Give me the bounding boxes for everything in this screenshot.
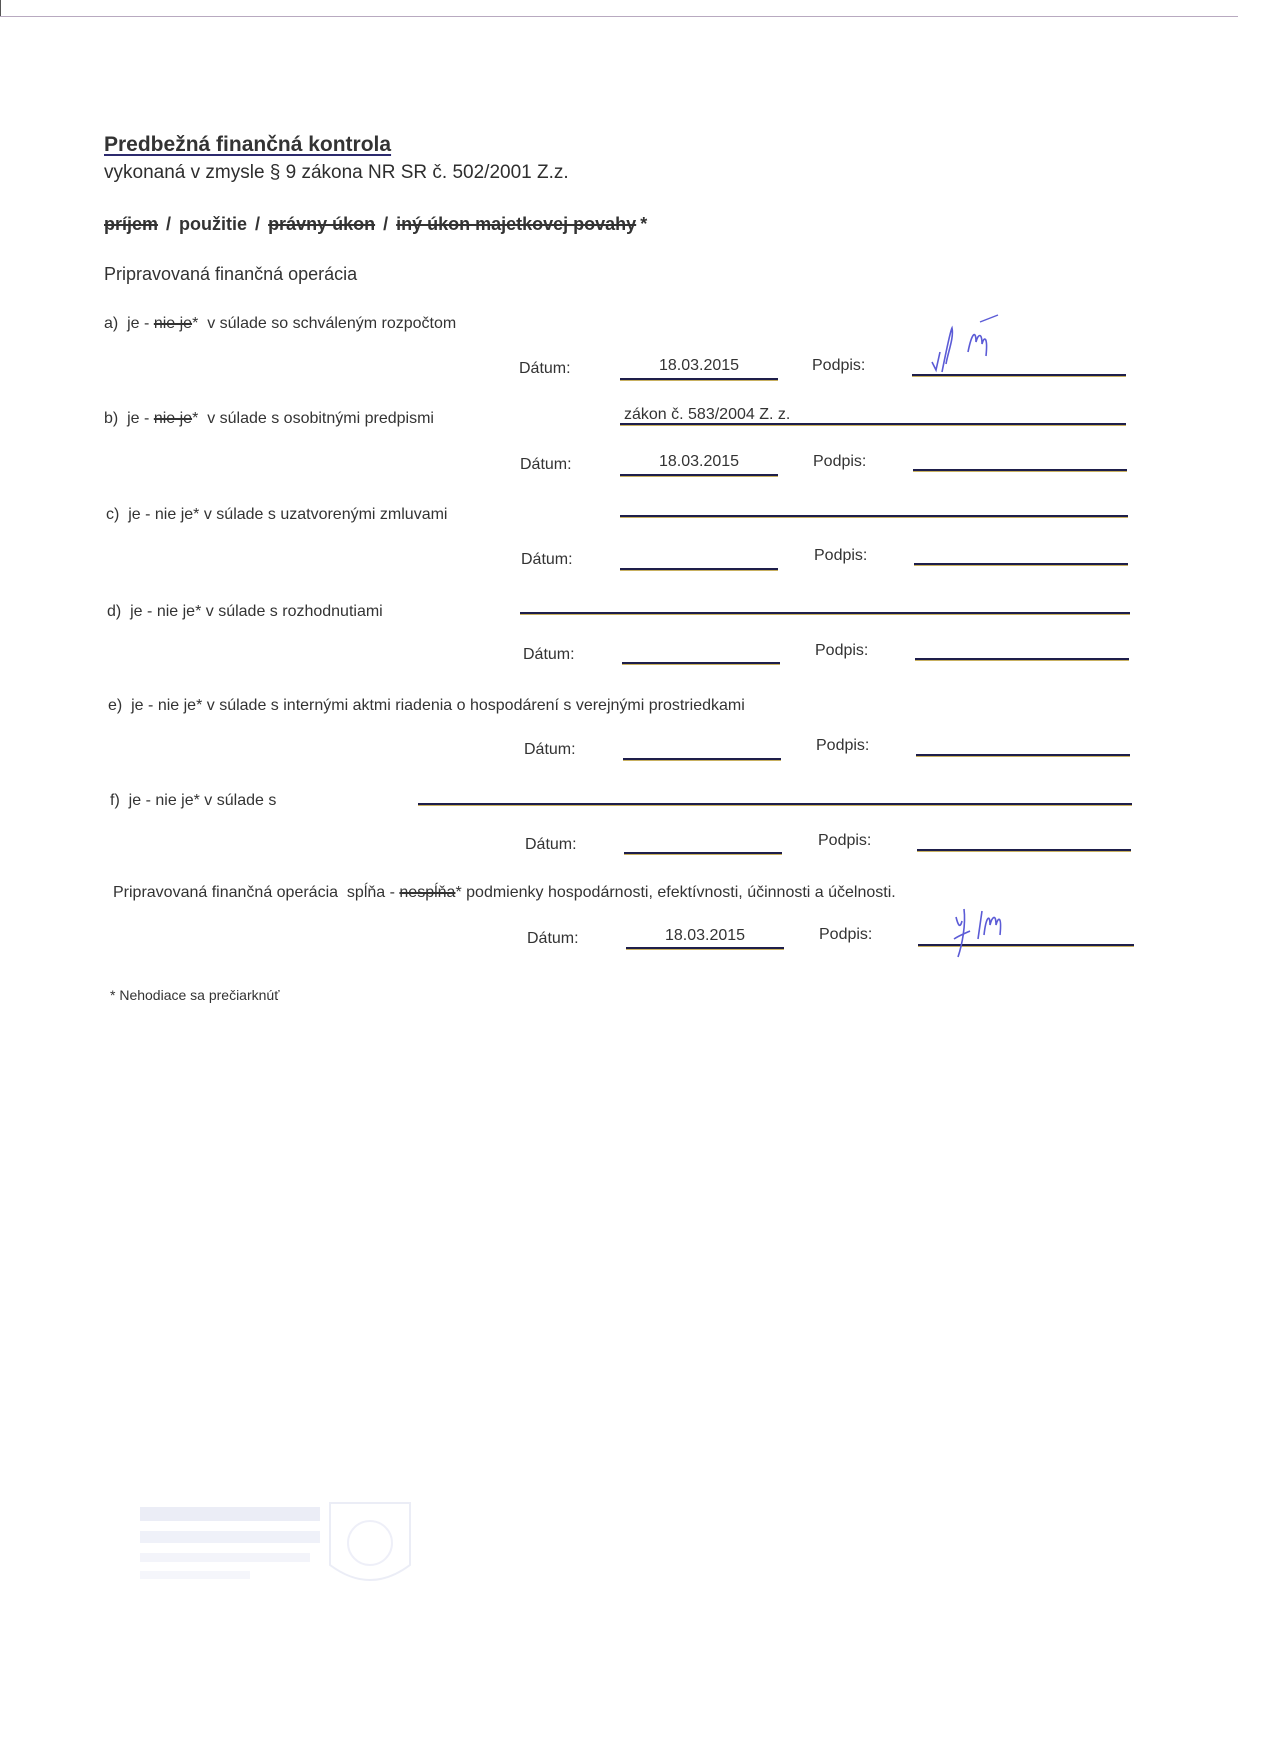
section-text: v súlade s uzatvorenými zmluvami <box>204 506 448 523</box>
type-prijem: príjem <box>104 214 158 234</box>
asterisk: * <box>193 506 199 523</box>
section-e-statement: e) je - nie je* v súlade s internými akt… <box>108 697 745 715</box>
asterisk: * <box>455 884 461 901</box>
date-line-f[interactable] <box>624 852 782 854</box>
signature-a <box>928 312 1048 387</box>
date-label-a: Dátum: <box>519 360 571 378</box>
signature-label-c: Podpis: <box>814 547 867 565</box>
dash: - <box>148 697 153 714</box>
date-label-b: Dátum: <box>520 456 572 474</box>
date-line-conclusion <box>626 947 784 949</box>
footnote: * Nehodiace sa prečiarknúť <box>110 987 279 1003</box>
separator: / <box>383 214 388 234</box>
contract-line-c[interactable] <box>620 515 1128 517</box>
signature-label-d: Podpis: <box>815 642 868 660</box>
section-text: v súlade s <box>204 792 276 809</box>
dash: - <box>390 884 395 901</box>
signature-line-f[interactable] <box>917 849 1131 851</box>
date-label-f: Dátum: <box>525 836 577 854</box>
date-line-e[interactable] <box>623 758 781 760</box>
option-splna: spĺňa <box>347 884 385 901</box>
asterisk: * <box>194 792 200 809</box>
option-nie-je: nie je <box>158 697 196 714</box>
date-line-d[interactable] <box>622 662 780 664</box>
option-nie-je: nie je <box>154 315 192 332</box>
date-label-conclusion: Dátum: <box>527 930 579 948</box>
date-line-c[interactable] <box>620 568 778 570</box>
section-prefix: e) <box>108 697 122 714</box>
asterisk: * <box>192 315 198 332</box>
official-stamp <box>140 1495 420 1595</box>
document-title: Predbežná finančná kontrola <box>104 133 391 157</box>
section-d-statement: d) je - nie je* v súlade s rozhodnutiami <box>107 603 383 621</box>
signature-label-e: Podpis: <box>816 737 869 755</box>
option-je: je <box>127 315 139 332</box>
signature-line-c[interactable] <box>914 563 1128 565</box>
date-value-b[interactable]: 18.03.2015 <box>620 453 778 471</box>
type-pravny-ukon: právny úkon <box>268 214 375 234</box>
dash: - <box>144 315 149 332</box>
date-label-e: Dátum: <box>524 741 576 759</box>
date-line-b <box>620 474 778 476</box>
signature-conclusion <box>948 895 1068 970</box>
signature-label-b: Podpis: <box>813 453 866 471</box>
conclusion-text: podmienky hospodárnosti, efektívnosti, ú… <box>466 884 896 901</box>
dash: - <box>147 603 152 620</box>
asterisk: * <box>195 603 201 620</box>
scan-edge-mark <box>0 0 1 16</box>
section-prefix: d) <box>107 603 121 620</box>
date-line-a <box>620 378 778 380</box>
date-label-c: Dátum: <box>521 551 573 569</box>
option-je: je <box>127 410 139 427</box>
date-value-a[interactable]: 18.03.2015 <box>620 357 778 375</box>
signature-line-b[interactable] <box>913 469 1127 471</box>
signature-label-f: Podpis: <box>818 832 871 850</box>
scan-top-edge <box>0 16 1238 17</box>
regulation-line-b <box>620 423 1126 425</box>
operation-types: príjem/použitie/právny úkon/iný úkon maj… <box>104 214 647 235</box>
section-prefix: f) <box>110 792 120 809</box>
intro-text: Pripravovaná finančná operácia <box>104 264 357 285</box>
section-f-statement: f) je - nie je* v súlade s <box>110 792 276 810</box>
separator: / <box>255 214 260 234</box>
section-b-statement: b) je - nie je* v súlade s osobitnými pr… <box>104 410 434 428</box>
option-nie-je: nie je <box>157 603 195 620</box>
section-prefix: c) <box>106 506 119 523</box>
section-text: v súlade s internými aktmi riadenia o ho… <box>207 697 745 714</box>
dash: - <box>144 410 149 427</box>
signature-line-d[interactable] <box>915 658 1129 660</box>
conclusion-statement: Pripravovaná finančná operácia spĺňa - n… <box>113 884 896 902</box>
section-text: v súlade s osobitnými predpismi <box>207 410 434 427</box>
dash: - <box>145 506 150 523</box>
conclusion-prefix: Pripravovaná finančná operácia <box>113 884 338 901</box>
type-pouzitie: použitie <box>179 214 247 234</box>
dash: - <box>146 792 151 809</box>
option-je: je <box>129 792 141 809</box>
option-je: je <box>128 506 140 523</box>
option-je: je <box>131 697 143 714</box>
option-nie-je: nie je <box>155 792 193 809</box>
date-value-conclusion[interactable]: 18.03.2015 <box>626 927 784 945</box>
signature-label-conclusion: Podpis: <box>819 926 872 944</box>
separator: / <box>166 214 171 234</box>
type-iny-ukon: iný úkon majetkovej povahy <box>396 214 636 234</box>
section-text: v súlade so schváleným rozpočtom <box>207 315 456 332</box>
signature-line-e[interactable] <box>916 754 1130 756</box>
option-je: je <box>130 603 142 620</box>
section-a-statement: a) je - nie je* v súlade so schváleným r… <box>104 315 456 333</box>
signature-label-a: Podpis: <box>812 357 865 375</box>
document-subtitle: vykonaná v zmysle § 9 zákona NR SR č. 50… <box>104 162 569 184</box>
asterisk: * <box>192 410 198 427</box>
option-nie-je: nie je <box>155 506 193 523</box>
section-text: v súlade s rozhodnutiami <box>206 603 383 620</box>
regulation-value-b[interactable]: zákon č. 583/2004 Z. z. <box>624 406 790 424</box>
option-nie-je: nie je <box>154 410 192 427</box>
section-prefix: a) <box>104 315 118 332</box>
other-line-f[interactable] <box>418 803 1132 805</box>
asterisk: * <box>640 214 647 234</box>
decision-line-d[interactable] <box>520 612 1130 614</box>
asterisk: * <box>196 697 202 714</box>
date-label-d: Dátum: <box>523 646 575 664</box>
section-prefix: b) <box>104 410 118 427</box>
option-nesplna: nespĺňa <box>399 884 455 901</box>
section-c-statement: c) je - nie je* v súlade s uzatvorenými … <box>106 506 447 524</box>
